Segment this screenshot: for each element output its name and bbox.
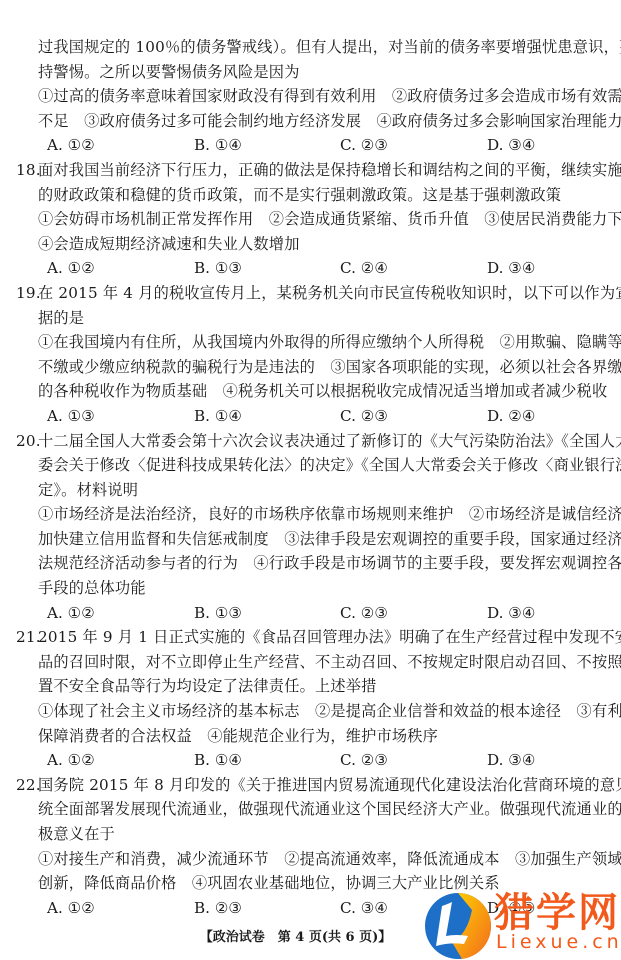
option-b: B. ①④: [194, 133, 242, 158]
option-c: C. ②③: [340, 748, 388, 773]
question-text: 在 2015 年 4 月的税收宣传月上，某税务机关向市民宣传税收知识时，以下可以…: [38, 284, 621, 302]
exam-page: 过我国规定的 100％的债务警戒线）。但有人提出，对当前的债务率要增强忧患意识，…: [0, 35, 621, 920]
question-number: 21.: [16, 625, 41, 650]
question-18: 18. 面对我国当前经济下行压力，正确的做法是保持稳增长和调结构之间的平衡，继续…: [0, 158, 621, 281]
option-d: D. ②④: [487, 404, 536, 429]
question-number: 20.: [16, 429, 41, 454]
question-line: 的财政政策和稳健的货币政策，而不是实行强刺激政策。这是基于强刺激政策: [0, 183, 621, 208]
option-b: B. ①③: [194, 256, 242, 281]
question-line: 定》。材料说明: [0, 478, 621, 503]
question-19: 19. 在 2015 年 4 月的税收宣传月上，某税务机关向市民宣传税收知识时，…: [0, 281, 621, 429]
option-c: C. ②④: [340, 256, 388, 281]
question-line: 置不安全食品等行为均设定了法律责任。上述举措: [0, 674, 621, 699]
question-21: 21. 2015 年 9 月 1 日正式实施的《食品召回管理办法》明确了在生产经…: [0, 625, 621, 773]
option-a: A. ①②: [47, 748, 95, 773]
answer-options: A. ①② B. ①③ C. ②③ D. ③④: [0, 601, 621, 626]
choice-line: 保障消费者的合法权益 ④能规范企业行为，维护市场秩序: [0, 724, 621, 749]
question-line: 统全面部署发展现代流通业，做强现代流通业这个国民经济大产业。做强现代流通业的积: [0, 797, 621, 822]
watermark-logo: 猎学网 Liexue.cn: [422, 890, 621, 960]
option-c: C. ②③: [340, 133, 388, 158]
option-b: B. ①④: [194, 748, 242, 773]
option-b: B. ①③: [194, 601, 242, 626]
question-number: 22.: [16, 773, 41, 798]
option-a: A. ①②: [47, 601, 95, 626]
choice-line: 加快建立信用监督和失信惩戒制度 ③法律手段是宏观调控的重要手段，国家通过经济立: [0, 527, 621, 552]
choice-line: 的各种税收作为物质基础 ④税务机关可以根据税收完成情况适当增加或者减少税收: [0, 379, 621, 404]
question-line: 持警惕。之所以要警惕债务风险是因为: [0, 60, 621, 85]
option-a: A. ①②: [47, 256, 95, 281]
answer-options: A. ①② B. ①③ C. ②④ D. ③④: [0, 256, 621, 281]
watermark-name-cn: 猎学网: [494, 890, 621, 936]
question-line: 品的召回时限，对不立即停止生产经营、不主动召回、不按规定时限启动召回、不按照规定…: [0, 650, 621, 675]
choice-line: ①过高的债务率意味着国家财政没有得到有效利用 ②政府债务过多会造成市场有效需求: [0, 84, 621, 109]
option-d: D. ③④: [487, 748, 536, 773]
question-text: 面对我国当前经济下行压力，正确的做法是保持稳增长和调结构之间的平衡，继续实施积极: [38, 161, 621, 179]
question-number: 19.: [16, 281, 41, 306]
choice-line: 法规范经济活动参与者的行为 ④行政手段是市场调节的主要手段，要发挥宏观调控各种: [0, 551, 621, 576]
question-line: 委会关于修改〈促进科技成果转化法〉的决定》《全国人大常委会关于修改〈商业银行法〉…: [0, 453, 621, 478]
question-stem-line: 21. 2015 年 9 月 1 日正式实施的《食品召回管理办法》明确了在生产经…: [0, 625, 621, 650]
choice-line: ①体现了社会主义市场经济的基本标志 ②是提高企业信誉和效益的根本途径 ③有利于: [0, 699, 621, 724]
answer-options: A. ①② B. ①④ C. ②③ D. ③④: [0, 133, 621, 158]
question-text: 十二届全国人大常委会第十六次会议表决通过了新修订的《大气污染防治法》《全国人大常: [38, 432, 621, 450]
choice-line: ①在我国境内有住所，从我国境内外取得的所得应缴纳个人所得税 ②用欺骗、隐瞒等方式: [0, 330, 621, 355]
choice-line: 不足 ③政府债务过多可能会制约地方经济发展 ④政府债务过多会影响国家治理能力: [0, 109, 621, 134]
choice-line: ①会妨碍市场机制正常发挥作用 ②会造成通货紧缩、货币升值 ③使居民消费能力下降: [0, 207, 621, 232]
option-b: B. ①④: [194, 404, 242, 429]
question-stem-line: 19. 在 2015 年 4 月的税收宣传月上，某税务机关向市民宣传税收知识时，…: [0, 281, 621, 306]
question-20: 20. 十二届全国人大常委会第十六次会议表决通过了新修订的《大气污染防治法》《全…: [0, 429, 621, 626]
choice-line: 不缴或少缴应纳税款的骗税行为是违法的 ③国家各项职能的实现，必须以社会各界缴纳: [0, 355, 621, 380]
question-text: 2015 年 9 月 1 日正式实施的《食品召回管理办法》明确了在生产经营过程中…: [38, 628, 621, 646]
option-c: C. ②③: [340, 601, 388, 626]
option-c: C. ②③: [340, 404, 388, 429]
question-stem-line: 22. 国务院 2015 年 8 月印发的《关于推进国内贸易流通现代化建设法治化…: [0, 773, 621, 798]
answer-options: A. ①② B. ①④ C. ②③ D. ③④: [0, 748, 621, 773]
question-number: 18.: [16, 158, 41, 183]
question-stem-line: 20. 十二届全国人大常委会第十六次会议表决通过了新修订的《大气污染防治法》《全…: [0, 429, 621, 454]
option-b: B. ②③: [194, 896, 242, 921]
option-a: A. ①③: [47, 404, 95, 429]
choice-line: ①市场经济是法治经济，良好的市场秩序依靠市场规则来维护 ②市场经济是诚信经济，要: [0, 502, 621, 527]
option-d: D. ③④: [487, 601, 536, 626]
choice-line: ④会造成短期经济减速和失业人数增加: [0, 232, 621, 257]
option-a: A. ①②: [47, 133, 95, 158]
question-line: 极意义在于: [0, 822, 621, 847]
question-line: 据的是: [0, 306, 621, 331]
liexue-logo-icon: [422, 890, 494, 960]
answer-options: A. ①③ B. ①④ C. ②③ D. ②④: [0, 404, 621, 429]
question-text: 国务院 2015 年 8 月印发的《关于推进国内贸易流通现代化建设法治化营商环境…: [38, 776, 621, 794]
watermark-text: 猎学网 Liexue.cn: [494, 890, 621, 952]
question-17-continuation: 过我国规定的 100％的债务警戒线）。但有人提出，对当前的债务率要增强忧患意识，…: [0, 35, 621, 158]
option-a: A. ①②: [47, 896, 95, 921]
watermark-name-en: Liexue.cn: [494, 932, 621, 952]
choice-line: ①对接生产和消费，减少流通环节 ②提高流通效率，降低流通成本 ③加强生产领域改革: [0, 847, 621, 872]
question-stem-line: 18. 面对我国当前经济下行压力，正确的做法是保持稳增长和调结构之间的平衡，继续…: [0, 158, 621, 183]
question-line: 过我国规定的 100％的债务警戒线）。但有人提出，对当前的债务率要增强忧患意识，…: [0, 35, 621, 60]
choice-line: 手段的总体功能: [0, 576, 621, 601]
option-d: D. ③④: [487, 133, 536, 158]
option-d: D. ③④: [487, 256, 536, 281]
option-c: C. ③④: [340, 896, 388, 921]
